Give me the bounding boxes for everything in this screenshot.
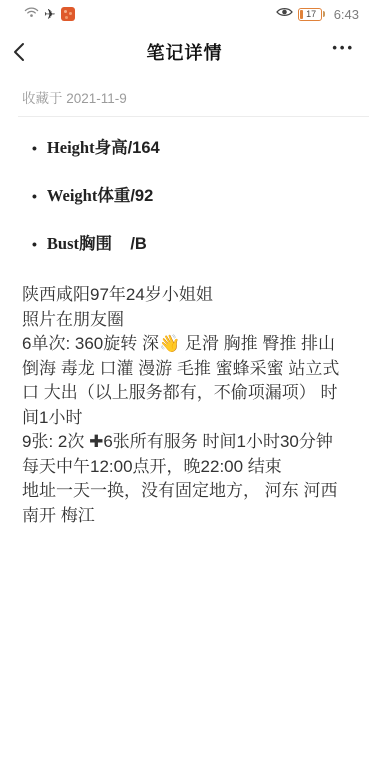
eye-comfort-icon [276,5,293,23]
battery-icon: 17 [298,8,325,21]
paragraph-services: 6单次: 360旋转 深👋 足滑 胸推 臀推 排山倒海 毒龙 口灌 漫游 毛推 … [22,332,347,430]
list-item-weight: •Weight体重/92 [22,187,347,205]
bullet-dot: • [32,139,37,157]
notification-app-icon [61,7,75,21]
back-icon[interactable] [12,42,32,62]
nav-header: 笔记详情 ••• [0,28,369,75]
airplane-mode-icon: ✈ [44,7,56,21]
note-content: •Height身高/164 •Weight体重/92 •Bust胸围 /B 陕西… [0,139,369,528]
paragraph-photos: 照片在朋友圈 [22,308,347,333]
more-menu-icon[interactable]: ••• [332,40,355,55]
favorited-date: 收藏于 2021-11-9 [22,87,369,107]
clock-time: 6:43 [334,7,359,22]
paragraph-hours: 每天中午12:00点开，晚22:00 结束 [22,455,347,480]
battery-percent: 17 [306,10,316,19]
paragraph-intro: 陕西咸阳97年24岁小姐姐 [22,283,347,308]
bullet-dot: • [32,235,37,253]
paragraph-location: 地址一天一换，没有固定地方， 河东 河西 南开 梅江 [22,479,347,528]
page-title: 笔记详情 [0,39,369,65]
bullet-dot: • [32,187,37,205]
list-item-bust: •Bust胸围 /B [22,235,347,253]
list-item-height: •Height身高/164 [22,139,347,157]
measurements-list: •Height身高/164 •Weight体重/92 •Bust胸围 /B [22,139,347,253]
status-bar: ✈ 17 6:43 [0,0,369,28]
paragraph-package: 9张: 2次 ✚6张所有服务 时间1小时30分钟 [22,430,347,455]
wifi-icon [24,5,39,23]
divider [18,116,369,117]
